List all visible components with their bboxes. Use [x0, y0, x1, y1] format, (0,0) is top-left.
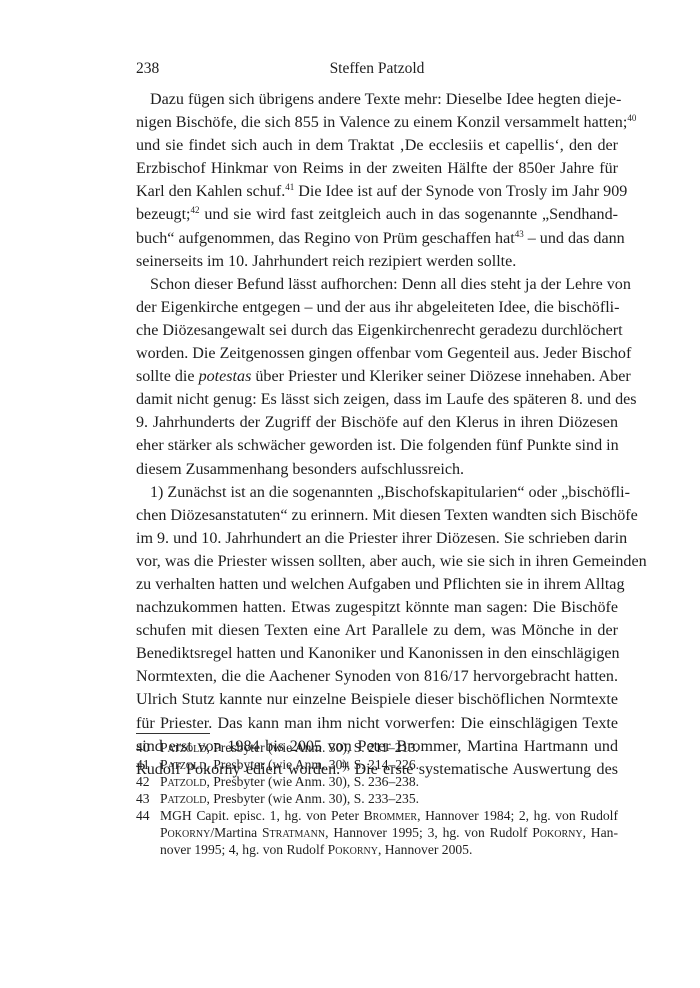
footnote-text: , Presbyter (wie Anm. 30), S. 211–213.	[206, 740, 418, 755]
footnote-43: 43 Patzold, Presbyter (wie Anm. 30), S. …	[136, 790, 618, 807]
footnote-number: 43	[136, 790, 150, 807]
footnote-number: 42	[136, 773, 150, 790]
author-name: Pokorny	[328, 842, 378, 857]
text-span: bezeugt;	[136, 206, 191, 223]
footnote-number: 41	[136, 756, 150, 773]
paragraph: Schon dieser Befund lässt aufhorchen: De…	[136, 273, 618, 481]
footnote-40: 40 Patzold, Presbyter (wie Anm. 30), S. …	[136, 739, 618, 756]
text-line: 1) Zunächst ist an die sogenannten „Bisc…	[136, 481, 618, 504]
footnote-text: , Hannover 2005.	[378, 842, 472, 857]
author-name: Patzold	[160, 791, 206, 806]
text-line: Schon dieser Befund lässt aufhorchen: De…	[136, 273, 618, 296]
text-line: schufen mit diesen Texten eine Art Paral…	[136, 619, 618, 642]
text-line: Benediktsregel hatten und Kanoniker und …	[136, 642, 618, 665]
footnote-ref[interactable]: 40	[627, 113, 636, 123]
text-line: eher stärker als schwächer geworden ist.…	[136, 434, 618, 457]
text-span: nigen Bischöfe, die sich 855 in Valence …	[136, 114, 627, 131]
footnotes: 40 Patzold, Presbyter (wie Anm. 30), S. …	[136, 739, 618, 858]
text-line: Normtexten, die die Aachener Synoden von…	[136, 665, 618, 688]
text-line: bezeugt;42 und sie wird fast zeitgleich …	[136, 203, 618, 226]
footnote-42: 42 Patzold, Presbyter (wie Anm. 30), S. …	[136, 773, 618, 790]
text-span: – und das dann	[524, 230, 625, 247]
text-line: seinerseits im 10. Jahrhundert reich rez…	[136, 250, 618, 273]
running-head: 238 Steffen Patzold	[136, 60, 618, 80]
text-span: sollte die	[136, 368, 199, 385]
running-title: Steffen Patzold	[136, 60, 618, 78]
body-text: Dazu fügen sich übrigens andere Texte me…	[136, 88, 618, 781]
text-line: nigen Bischöfe, die sich 855 in Valence …	[136, 111, 618, 134]
text-line: vor, was die Priester wissen sollten, ab…	[136, 550, 618, 573]
text-line: nachzukommen hatten. Etwas zugespitzt kö…	[136, 596, 618, 619]
footnote-text: , Presbyter (wie Anm. 30), S. 214–226.	[206, 757, 419, 772]
footnote-separator	[136, 733, 210, 734]
text-line: 9. Jahrhunderts der Zugriff der Bischöfe…	[136, 411, 618, 434]
footnote-text: MGH Capit. episc. 1, hg. von Peter	[160, 808, 364, 823]
text-line: worden. Die Zeitgenossen gingen offenbar…	[136, 342, 618, 365]
footnote-text: /Martina	[210, 825, 262, 840]
text-line: diesem Zusammenhang besonders aufschluss…	[136, 458, 618, 481]
author-name: Pokorny	[532, 825, 582, 840]
paragraph: 1) Zunächst ist an die sogenannten „Bisc…	[136, 481, 618, 781]
footnote-number: 44	[136, 807, 150, 824]
footnote-text: , Han-	[583, 825, 618, 840]
footnote-text: , Presbyter (wie Anm. 30), S. 236–238.	[206, 774, 419, 789]
text-line: und sie findet sich auch in dem Traktat …	[136, 134, 618, 157]
author-name: Patzold	[160, 757, 206, 772]
text-span: über Priester und Kleriker seiner Diözes…	[251, 368, 630, 385]
text-span: Karl den Kahlen schuf.	[136, 183, 285, 200]
text-line: Erzbischof Hinkmar von Reims in der zwei…	[136, 157, 618, 180]
footnote-ref[interactable]: 41	[285, 182, 294, 192]
text-line: buch“ aufgenommen, das Regino von Prüm g…	[136, 227, 618, 250]
author-name: Patzold	[160, 740, 206, 755]
footnote-number: 40	[136, 739, 150, 756]
text-line: nover 1995; 4, hg. von Rudolf Pokorny, H…	[160, 841, 618, 858]
author-name: Pokorny	[160, 825, 210, 840]
text-line: sollte die potestas über Priester und Kl…	[136, 365, 618, 388]
footnote-text: , Hannover 1984; 2, hg. von Rudolf	[417, 808, 618, 823]
footnote-text: , Hannover 1995; 3, hg. von Rudolf	[325, 825, 532, 840]
text-span: Die Idee ist auf der Synode von Trosly i…	[294, 183, 627, 200]
text-line: chen Diözesanstatuten“ zu erinnern. Mit …	[136, 504, 618, 527]
text-line: Pokorny/Martina Stratmann, Hannover 1995…	[160, 824, 618, 841]
text-line: der Eigenkirche entgegen – und der aus i…	[136, 296, 618, 319]
text-line: zu verhalten hatten und welchen Aufgaben…	[136, 573, 618, 596]
author-name: Stratmann	[262, 825, 325, 840]
author-name: Brommer	[364, 808, 418, 823]
footnote-text: , Presbyter (wie Anm. 30), S. 233–235.	[206, 791, 419, 806]
text-line: im 9. und 10. Jahrhundert an die Prieste…	[136, 527, 618, 550]
author-name: Patzold	[160, 774, 206, 789]
text-span: und sie wird fast zeitgleich auch in das…	[200, 206, 618, 223]
footnote-44: 44 MGH Capit. episc. 1, hg. von Peter Br…	[136, 807, 618, 858]
footnote-ref[interactable]: 43	[515, 229, 524, 239]
text-line: für Priester. Das kann man ihm nicht vor…	[136, 712, 618, 735]
text-line: MGH Capit. episc. 1, hg. von Peter Bromm…	[160, 807, 618, 824]
text-line: che Diözesangewalt sei durch das Eigenki…	[136, 319, 618, 342]
paragraph: Dazu fügen sich übrigens andere Texte me…	[136, 88, 618, 273]
footnote-text: nover 1995; 4, hg. von Rudolf	[160, 842, 328, 857]
text-line: damit nicht genug: Es lässt sich zeigen,…	[136, 388, 618, 411]
italic-term: potestas	[199, 368, 252, 385]
text-line: Dazu fügen sich übrigens andere Texte me…	[136, 88, 618, 111]
text-line: Ulrich Stutz kannte nur einzelne Beispie…	[136, 688, 618, 711]
text-line: Karl den Kahlen schuf.41 Die Idee ist au…	[136, 180, 618, 203]
footnote-ref[interactable]: 42	[191, 205, 200, 215]
footnote-41: 41 Patzold, Presbyter (wie Anm. 30), S. …	[136, 756, 618, 773]
text-span: buch“ aufgenommen, das Regino von Prüm g…	[136, 230, 515, 247]
